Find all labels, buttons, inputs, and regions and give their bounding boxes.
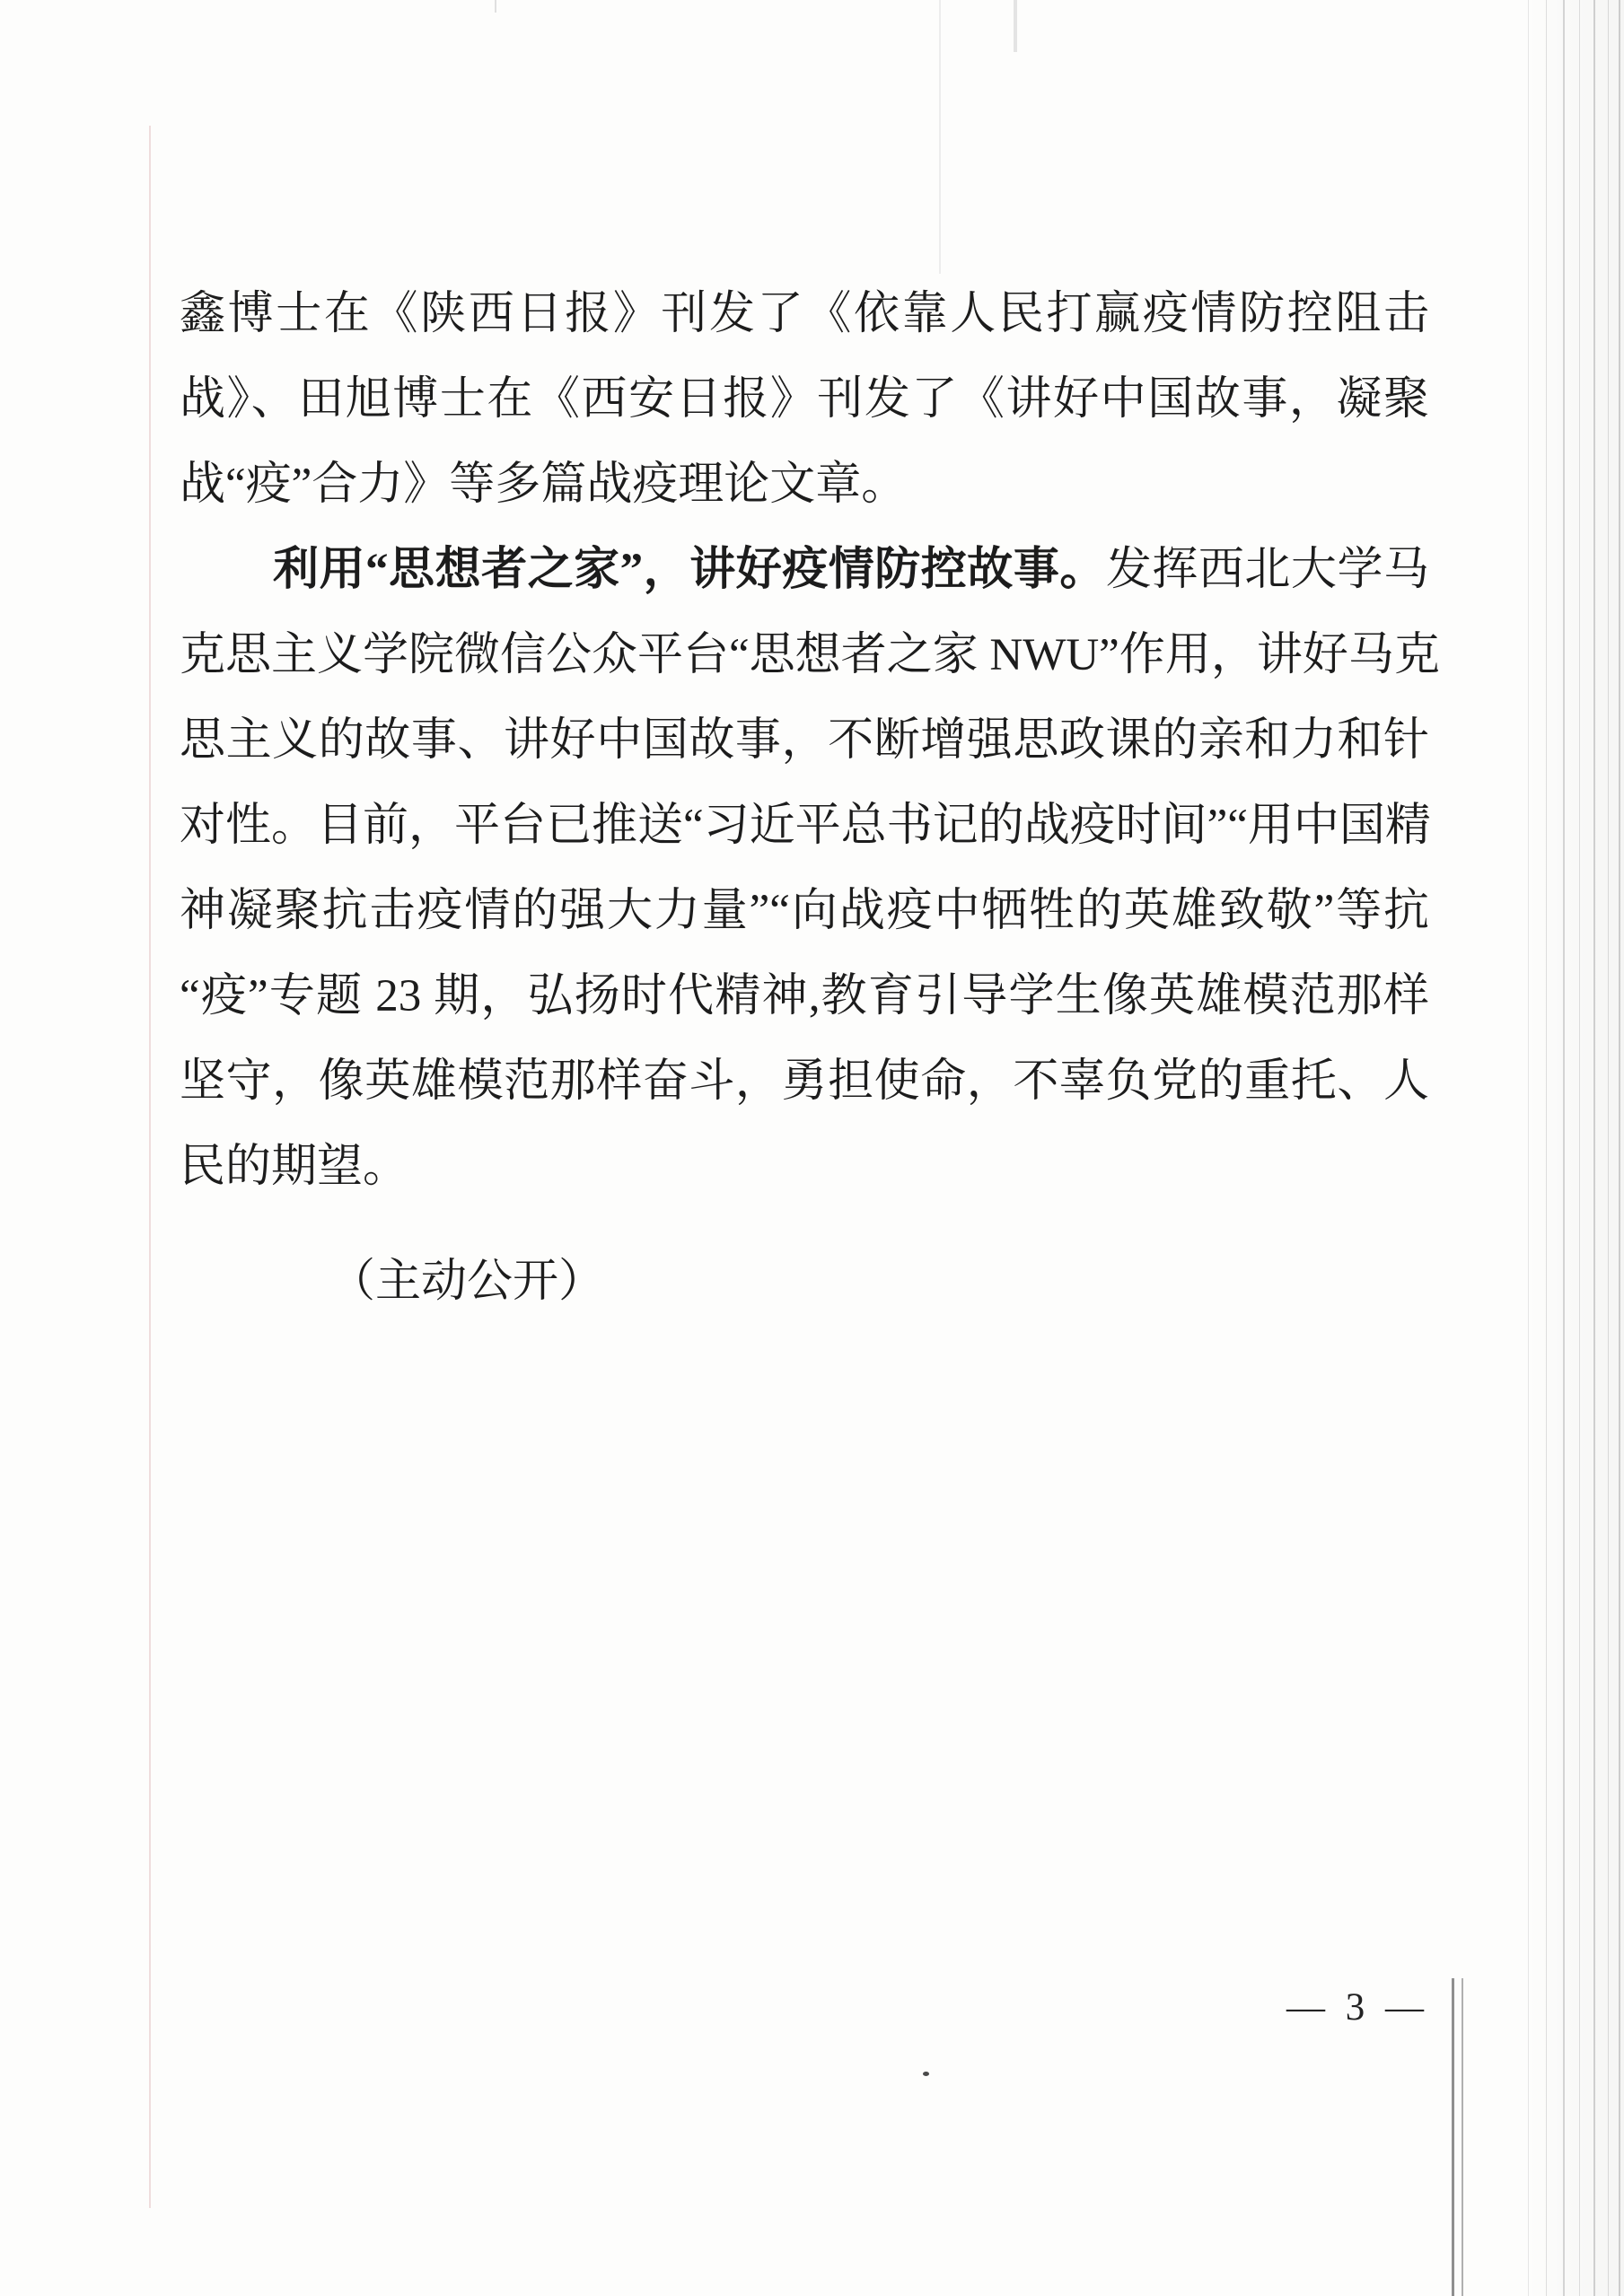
para1-line-3: 战“疫”合力》等多篇战疫理论文章。: [180, 443, 1429, 528]
disclosure-note: （主动公开）: [329, 1255, 604, 1309]
scan-artifact-line: [1014, 0, 1017, 52]
para2-line-5: 神凝聚抗击疫情的强大力量”“向战疫中牺牲的英雄致敬”等抗: [180, 869, 1429, 954]
scan-artifact-line: [1462, 1978, 1463, 2296]
scan-edge-line: [1528, 0, 1529, 2296]
para1-line-1: 鑫博士在《陕西日报》刊发了《依靠人民打赢疫情防控阻击: [180, 272, 1429, 357]
scan-edge-line: [1546, 0, 1547, 2296]
para2-line-6: “疫”专题 23 期，弘扬时代精神,教育引导学生像英雄模范那样: [180, 954, 1429, 1039]
ink-speck: [923, 2072, 929, 2076]
scan-edge-line: [1608, 0, 1609, 2296]
scan-artifact-line: [939, 0, 941, 274]
document-body: 鑫博士在《陕西日报》刊发了《依靠人民打赢疫情防控阻击 战》、田旭博士在《西安日报…: [180, 272, 1429, 1210]
scan-edge-line: [1563, 0, 1565, 2296]
scanned-document-page: 鑫博士在《陕西日报》刊发了《依靠人民打赢疫情防控阻击 战》、田旭博士在《西安日报…: [0, 0, 1624, 2296]
para2-line-1-rest: 发挥西北大学马: [1106, 545, 1429, 595]
para2-line-1: 利用“思想者之家”，讲好疫情防控故事。发挥西北大学马: [180, 528, 1429, 613]
para2-line-7: 坚守，像英雄模范那样奋斗，勇担使命，不辜负党的重托、人: [180, 1039, 1429, 1125]
page-number: — 3 —: [1286, 1985, 1429, 2030]
page-edge-shading: [1525, 0, 1624, 2296]
scan-edge-line: [1579, 0, 1580, 2296]
para1-line-2: 战》、田旭博士在《西安日报》刊发了《讲好中国故事，凝聚: [180, 357, 1429, 443]
para2-line-8: 民的期望。: [180, 1125, 1429, 1210]
para2-line-4: 对性。目前，平台已推送“习近平总书记的战疫时间”“用中国精: [180, 784, 1429, 869]
para2-line-2: 克思主义学院微信公众平台“思想者之家 NWU”作用，讲好马克: [180, 613, 1429, 698]
scan-edge-line: [1593, 0, 1595, 2296]
para2-bold-lead: 利用“思想者之家”，讲好疫情防控故事。: [273, 545, 1106, 595]
scan-artifact-line: [149, 126, 151, 2208]
para2-line-3: 思主义的故事、讲好中国故事，不断增强思政课的亲和力和针: [180, 698, 1429, 784]
scan-edge-line: [1619, 0, 1620, 2296]
scan-artifact-line: [1452, 1978, 1454, 2296]
scan-artifact-line: [495, 0, 496, 13]
